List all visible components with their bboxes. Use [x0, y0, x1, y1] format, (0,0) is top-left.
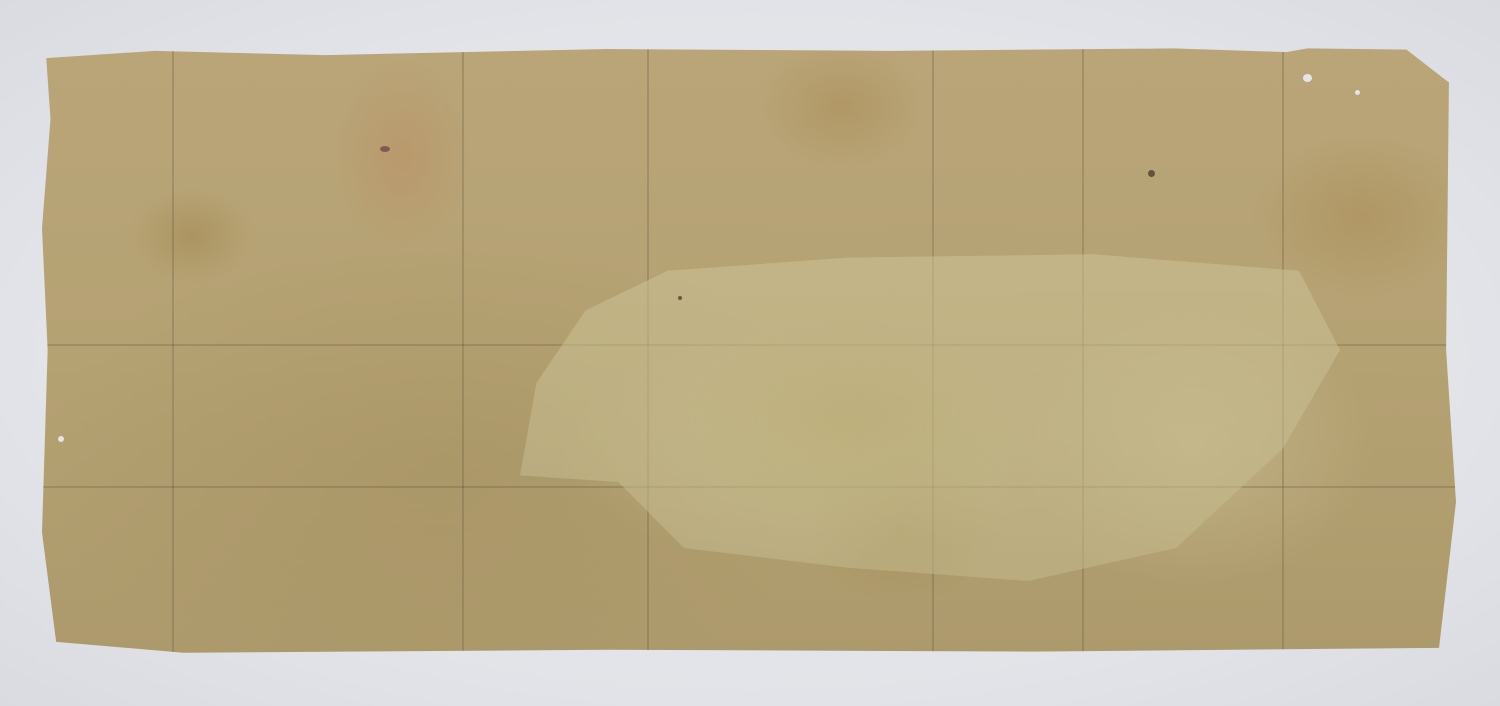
ink-mark — [380, 146, 390, 152]
ink-spot — [1148, 170, 1155, 177]
repair-patch — [520, 251, 1340, 581]
paper-hole — [1303, 74, 1312, 82]
ink-spot — [678, 296, 682, 300]
aged-paper-document — [42, 46, 1456, 654]
fold-line — [462, 46, 464, 654]
paper-hole — [1355, 90, 1360, 95]
fold-line — [172, 46, 174, 654]
paper-hole — [58, 436, 64, 442]
